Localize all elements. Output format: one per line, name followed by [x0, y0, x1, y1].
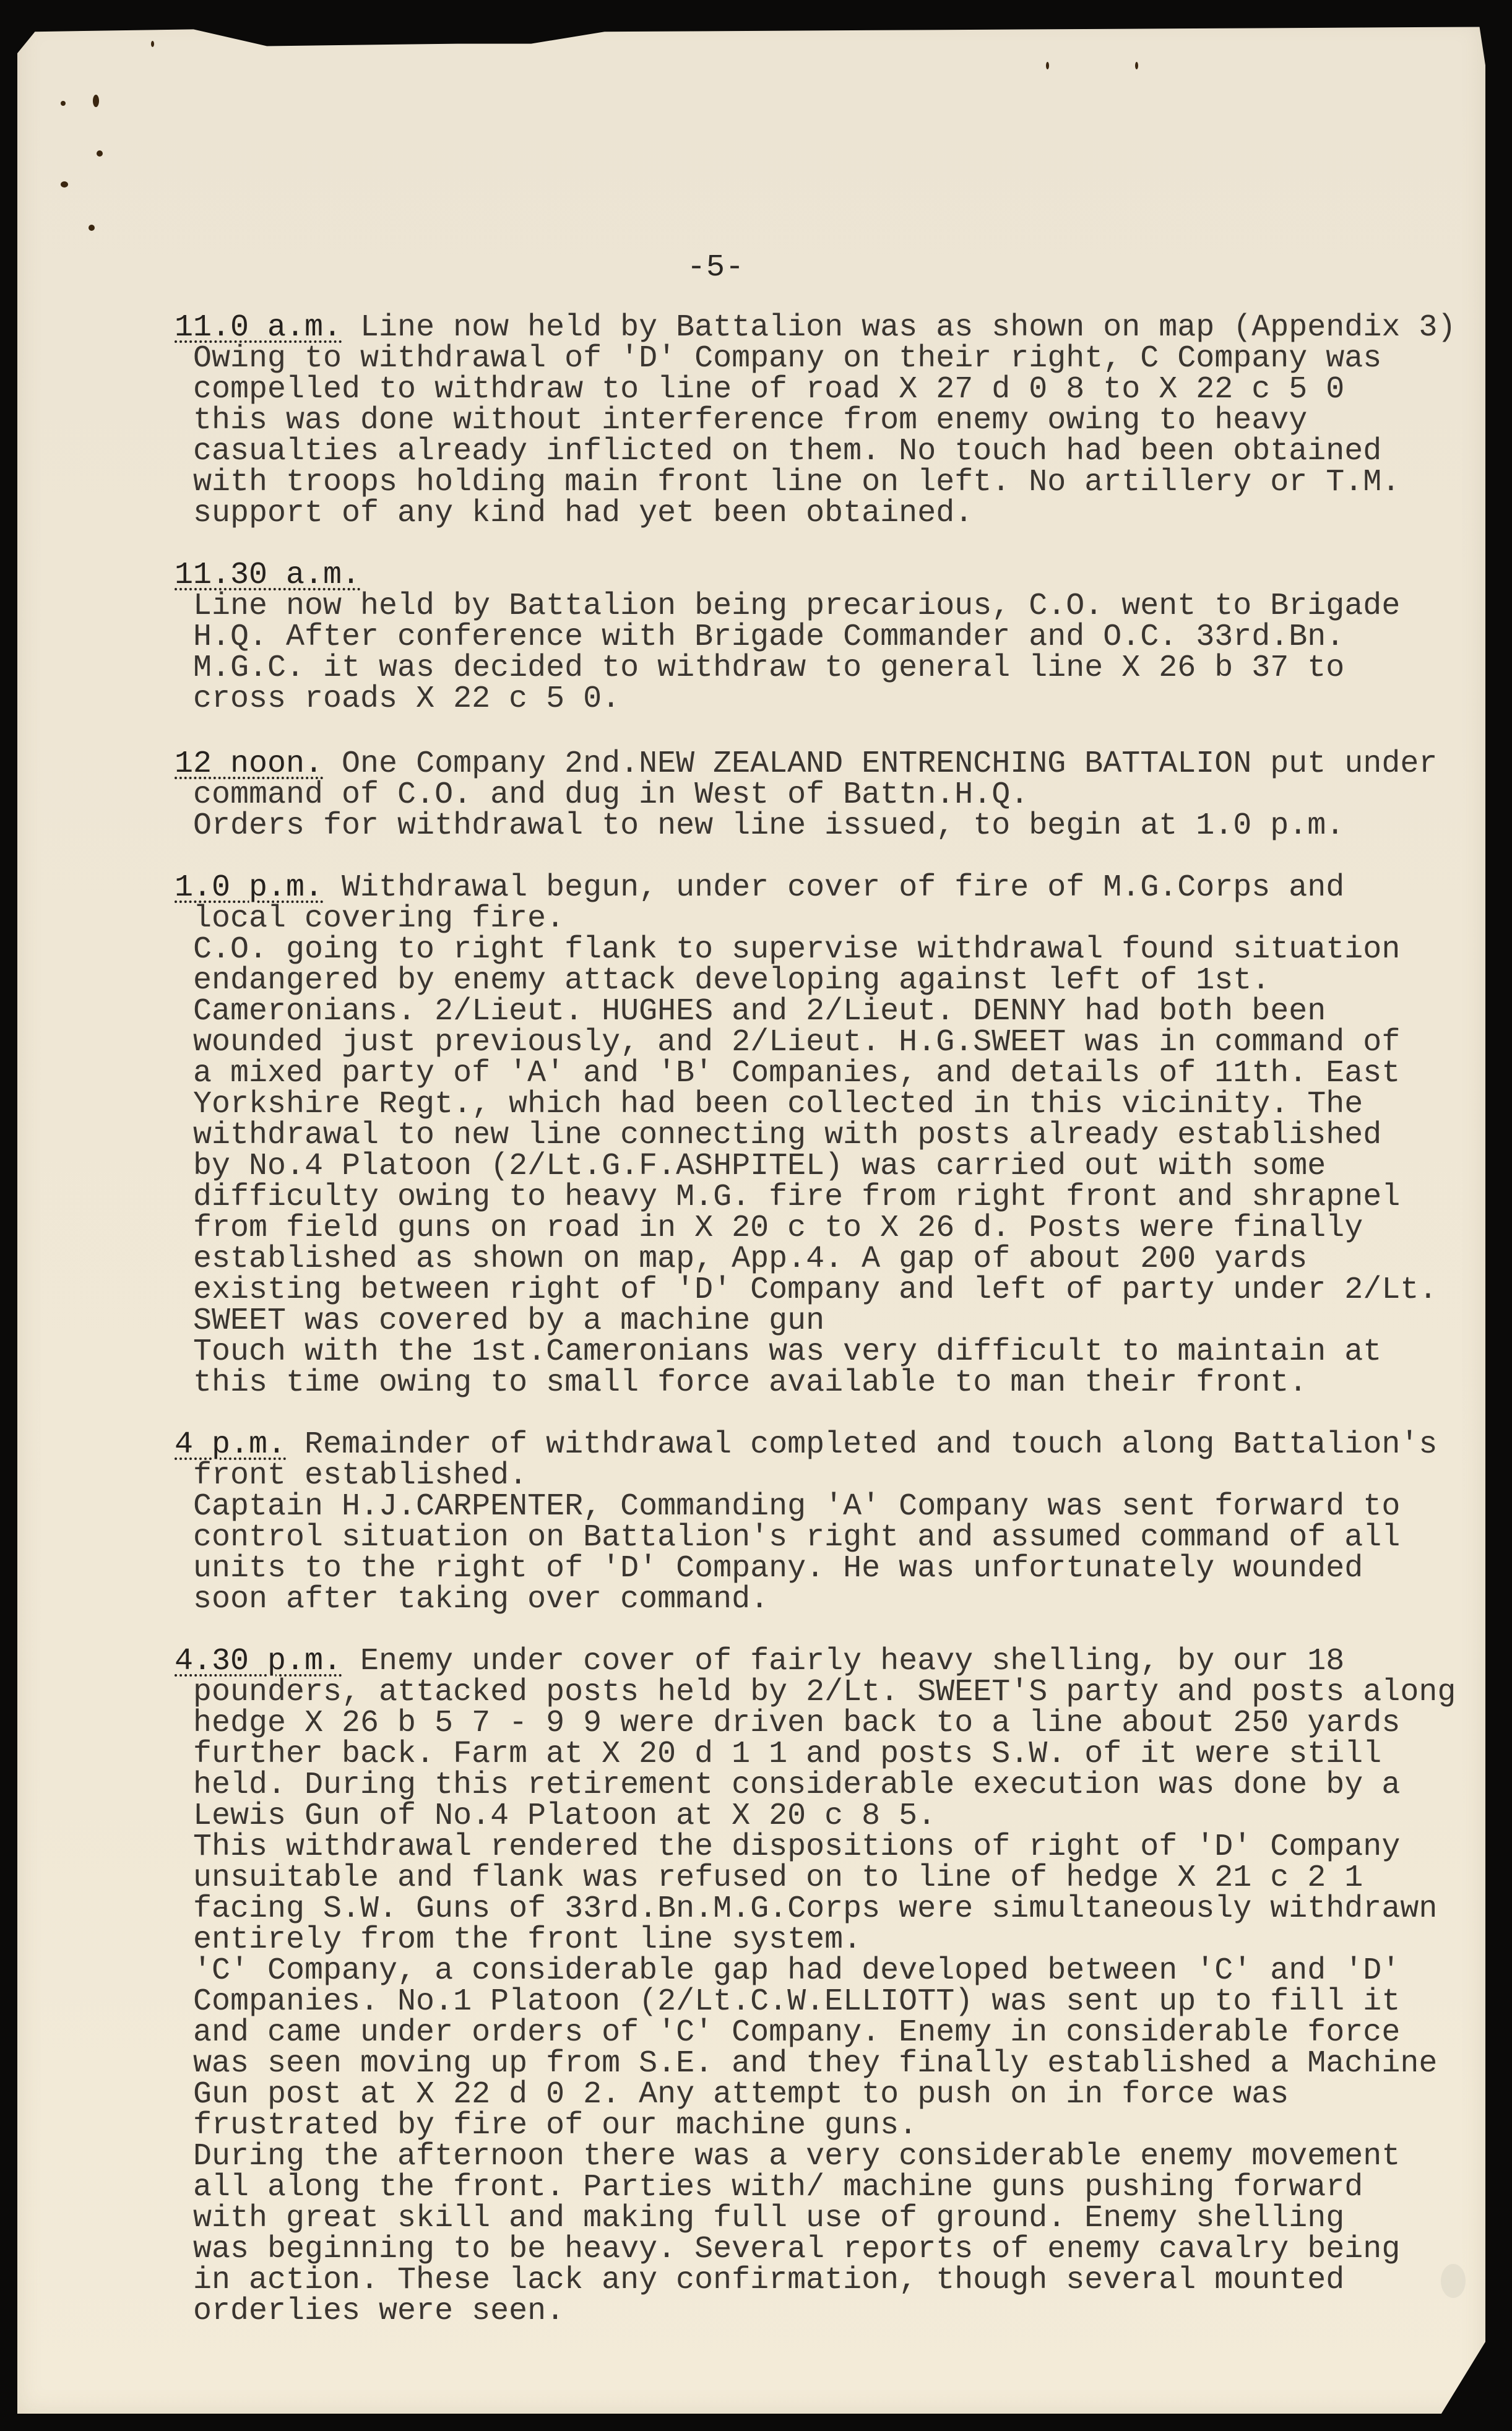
- punch-hole-mark: [89, 225, 95, 231]
- entry-text-line: compelled to withdraw to line of road X …: [175, 374, 1474, 405]
- entry-text-line: Captain H.J.CARPENTER, Commanding 'A' Co…: [175, 1492, 1474, 1522]
- entry-text-line: Gun post at X 22 d 0 2. Any attempt to p…: [175, 2079, 1474, 2110]
- punch-hole-mark: [97, 150, 103, 157]
- entry-text-line: soon after taking over command.: [175, 1584, 1474, 1615]
- entry-first-line: 12 noon. One Company 2nd.NEW ZEALAND ENT…: [175, 749, 1474, 780]
- entry-text-line: Yorkshire Regt., which had been collecte…: [175, 1089, 1474, 1120]
- entry-text-line: frustrated by fire of our machine guns.: [175, 2110, 1474, 2141]
- entry-text-line: endangered by enemy attack developing ag…: [175, 965, 1474, 996]
- entry-first-line-text: Enemy under cover of fairly heavy shelli…: [342, 1644, 1344, 1679]
- diary-entry: 1.0 p.m. Withdrawal begun, under cover o…: [175, 873, 1474, 1399]
- entry-text-line: this was done without interference from …: [175, 405, 1474, 436]
- entry-text-line: Lewis Gun of No.4 Platoon at X 20 c 8 5.: [175, 1801, 1474, 1832]
- entry-time: 4.30 p.m.: [175, 1644, 342, 1679]
- entry-text-line: difficulty owing to heavy M.G. fire from…: [175, 1182, 1474, 1213]
- entry-text-line: Orders for withdrawal to new line issued…: [175, 811, 1474, 842]
- diary-entry: 12 noon. One Company 2nd.NEW ZEALAND ENT…: [175, 749, 1474, 842]
- entry-text-line: by No.4 Platoon (2/Lt.G.F.ASHPITEL) was …: [175, 1151, 1474, 1182]
- entry-text-line: SWEET was covered by a machine gun: [175, 1306, 1474, 1337]
- entry-time: 1.0 p.m.: [175, 870, 323, 905]
- entry-text-line: 'C' Company, a considerable gap had deve…: [175, 1956, 1474, 1987]
- page-number: -5-: [687, 250, 745, 285]
- entry-first-line: 4.30 p.m. Enemy under cover of fairly he…: [175, 1646, 1474, 1677]
- entry-time: 11.0 a.m.: [175, 310, 342, 345]
- punch-hole-mark: [1046, 62, 1049, 69]
- entry-text-line: existing between right of 'D' Company an…: [175, 1275, 1474, 1306]
- entry-text-line: unsuitable and flank was refused on to l…: [175, 1863, 1474, 1894]
- punch-hole-mark: [151, 41, 154, 47]
- entry-text-line: orderlies were seen.: [175, 2296, 1474, 2327]
- entry-text-line: was seen moving up from S.E. and they fi…: [175, 2049, 1474, 2079]
- entry-text-line: command of C.O. and dug in West of Battn…: [175, 780, 1474, 811]
- entry-time: 4 p.m.: [175, 1427, 286, 1462]
- entry-text-line: During the afternoon there was a very co…: [175, 2141, 1474, 2172]
- entry-text-line: and came under orders of 'C' Company. En…: [175, 2018, 1474, 2049]
- entry-text-line: this time owing to small force available…: [175, 1368, 1474, 1399]
- entry-time: 12 noon.: [175, 746, 323, 782]
- entry-text-line: wounded just previously, and 2/Lieut. H.…: [175, 1027, 1474, 1058]
- entry-first-line-text: Withdrawal begun, under cover of fire of…: [323, 870, 1344, 905]
- entry-text-line: casualties already inflicted on them. No…: [175, 436, 1474, 467]
- entry-text-line: This withdrawal rendered the disposition…: [175, 1832, 1474, 1863]
- entry-text-line: established as shown on map, App.4. A ga…: [175, 1244, 1474, 1275]
- diary-entry: 11.0 a.m. Line now held by Battalion was…: [175, 313, 1474, 529]
- entry-first-line-text: One Company 2nd.NEW ZEALAND ENTRENCHING …: [323, 746, 1437, 782]
- entry-text-line: was beginning to be heavy. Several repor…: [175, 2234, 1474, 2265]
- entry-first-line-text: Line now held by Battalion was as shown …: [342, 310, 1456, 345]
- entry-text-line: a mixed party of 'A' and 'B' Companies, …: [175, 1058, 1474, 1089]
- entry-text-line: from field guns on road in X 20 c to X 2…: [175, 1213, 1474, 1244]
- entry-first-line: 4 p.m. Remainder of withdrawal completed…: [175, 1430, 1474, 1461]
- entry-text-line: pounders, attacked posts held by 2/Lt. S…: [175, 1677, 1474, 1708]
- punch-hole-mark: [1135, 62, 1138, 69]
- entry-text-line: with troops holding main front line on l…: [175, 467, 1474, 498]
- entry-text-line: local covering fire.: [175, 904, 1474, 935]
- entry-text-line: M.G.C. it was decided to withdraw to gen…: [175, 653, 1474, 684]
- entry-text-line: further back. Farm at X 20 d 1 1 and pos…: [175, 1739, 1474, 1770]
- entry-first-line: 1.0 p.m. Withdrawal begun, under cover o…: [175, 873, 1474, 904]
- punch-hole-mark: [61, 101, 66, 106]
- entry-text-line: H.Q. After conference with Brigade Comma…: [175, 622, 1474, 653]
- punch-hole-mark: [93, 95, 99, 107]
- entry-text-line: facing S.W. Guns of 33rd.Bn.M.G.Corps we…: [175, 1894, 1474, 1925]
- entry-text-line: Owing to withdrawal of 'D' Company on th…: [175, 343, 1474, 374]
- diary-entries: 11.0 a.m. Line now held by Battalion was…: [175, 313, 1474, 2358]
- diary-entry: 11.30 a.m.Line now held by Battalion bei…: [175, 560, 1474, 715]
- entry-first-line: 11.30 a.m.: [175, 560, 1474, 591]
- entry-text-line: units to the right of 'D' Company. He wa…: [175, 1553, 1474, 1584]
- entry-text-line: Cameronians. 2/Lieut. HUGHES and 2/Lieut…: [175, 996, 1474, 1027]
- entry-text-line: cross roads X 22 c 5 0.: [175, 684, 1474, 715]
- entry-text-line: withdrawal to new line connecting with p…: [175, 1120, 1474, 1151]
- diary-entry: 4 p.m. Remainder of withdrawal completed…: [175, 1430, 1474, 1615]
- entry-text-line: with great skill and making full use of …: [175, 2203, 1474, 2234]
- entry-text-line: Companies. No.1 Platoon (2/Lt.C.W.ELLIOT…: [175, 1987, 1474, 2018]
- entry-text-line: in action. These lack any confirmation, …: [175, 2265, 1474, 2296]
- entry-text-line: front established.: [175, 1461, 1474, 1492]
- entry-time: 11.30 a.m.: [175, 558, 360, 593]
- entry-text-line: support of any kind had yet been obtaine…: [175, 498, 1474, 529]
- entry-text-line: entirely from the front line system.: [175, 1925, 1474, 1956]
- entry-text-line: all along the front. Parties with/ machi…: [175, 2172, 1474, 2203]
- entry-text-line: Touch with the 1st.Cameronians was very …: [175, 1337, 1474, 1368]
- entry-text-line: C.O. going to right flank to supervise w…: [175, 935, 1474, 965]
- punch-hole-mark: [61, 181, 68, 188]
- entry-first-line-text: Remainder of withdrawal completed and to…: [286, 1427, 1437, 1462]
- entry-text-line: Line now held by Battalion being precari…: [175, 591, 1474, 622]
- entry-text-line: held. During this retirement considerabl…: [175, 1770, 1474, 1801]
- entry-text-line: hedge X 26 b 5 7 - 9 9 were driven back …: [175, 1708, 1474, 1739]
- entry-first-line: 11.0 a.m. Line now held by Battalion was…: [175, 313, 1474, 343]
- entry-text-line: control situation on Battalion's right a…: [175, 1522, 1474, 1553]
- diary-entry: 4.30 p.m. Enemy under cover of fairly he…: [175, 1646, 1474, 2327]
